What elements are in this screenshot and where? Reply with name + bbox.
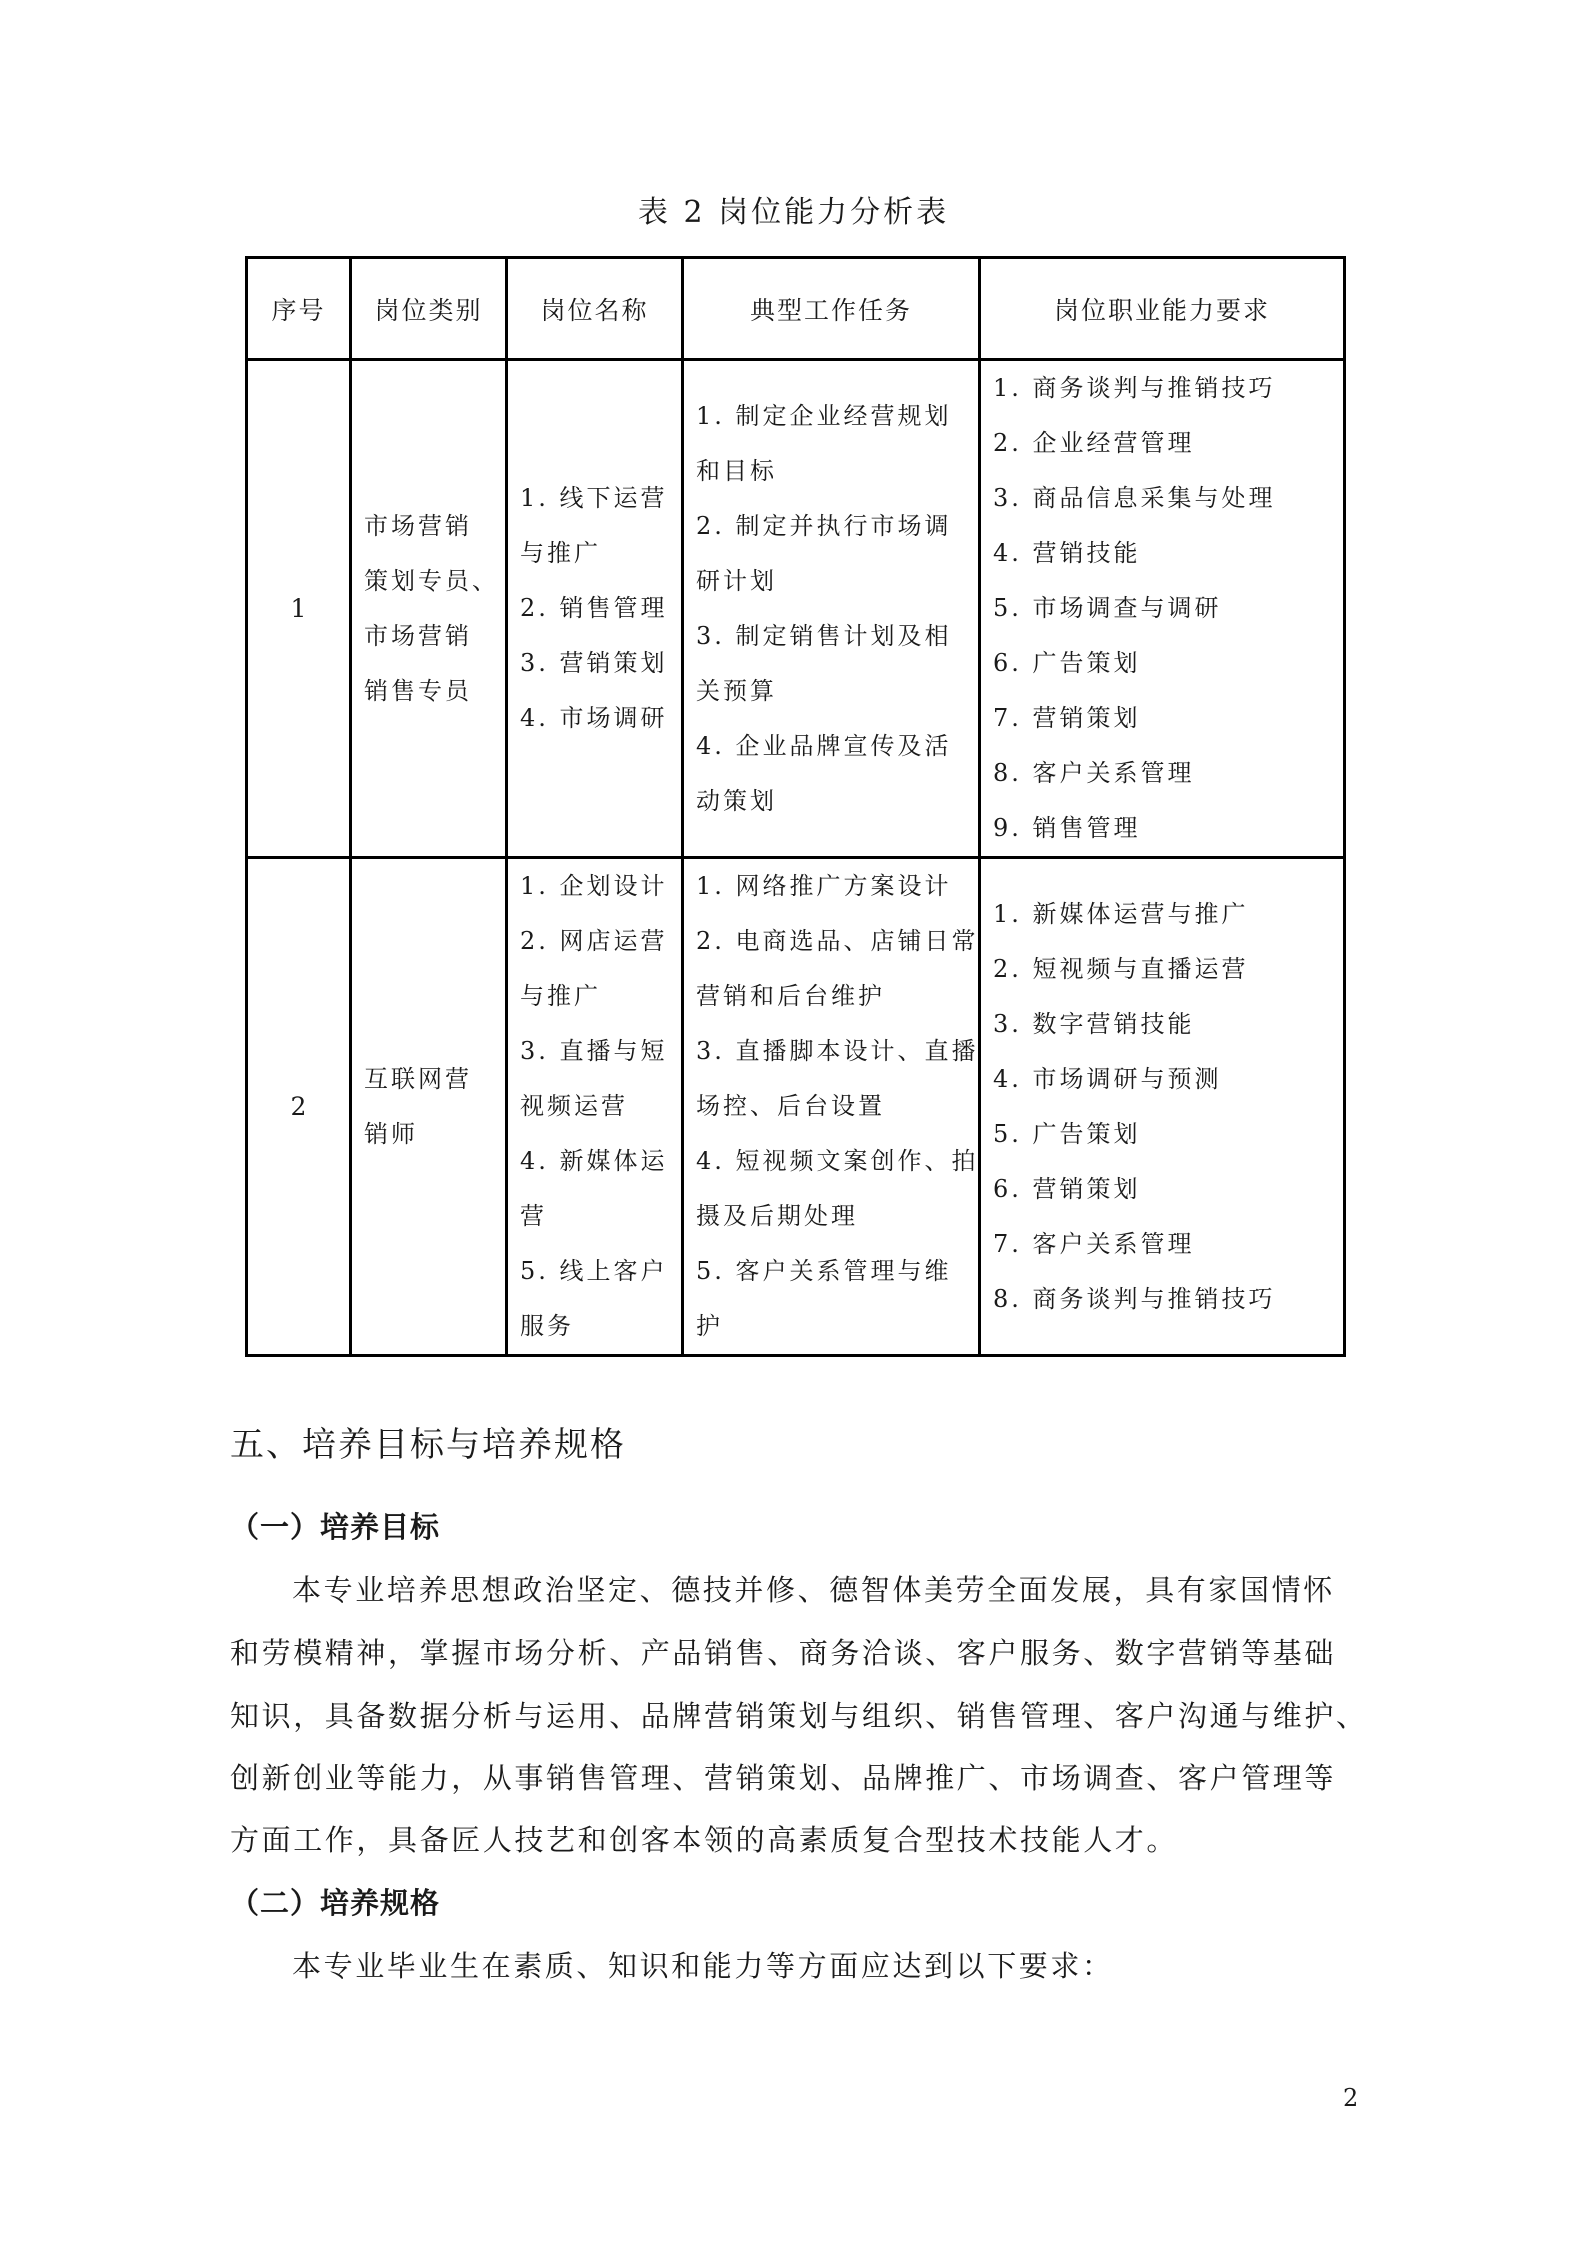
cell-line: 动策划 [696,774,978,829]
header-category: 岗位类别 [351,258,507,360]
cell-line: 2. 销售管理 [520,581,681,636]
header-tasks: 典型工作任务 [683,258,980,360]
cell-abilities: 1. 新媒体运营与推广 2. 短视频与直播运营 3. 数字营销技能 4. 市场调… [980,858,1345,1356]
cell-line: 1. 制定企业经营规划 [696,389,978,444]
cell-line: 与推广 [520,526,681,581]
cell-line: 和目标 [696,444,978,499]
paragraph-line: 创新创业等能力，从事销售管理、营销策划、品牌推广、市场调查、客户管理等 [230,1758,1336,1798]
cell-index: 2 [247,858,351,1356]
cell-line: 5. 线上客户 [520,1244,681,1299]
cell-line: 5. 广告策划 [993,1107,1343,1162]
cell-line: 8. 客户关系管理 [993,746,1343,801]
cell-line: 1. 商务谈判与推销技巧 [993,361,1343,416]
cell-line: 研计划 [696,554,978,609]
header-abilities: 岗位职业能力要求 [980,258,1345,360]
cell-line: 营销和后台维护 [696,969,978,1024]
cell-tasks: 1. 制定企业经营规划 和目标 2. 制定并执行市场调 研计划 3. 制定销售计… [683,360,980,858]
cell-line: 服务 [520,1299,681,1354]
cell-line: 1. 网络推广方案设计 [696,859,978,914]
table-header-row: 序号 岗位类别 岗位名称 典型工作任务 岗位职业能力要求 [247,258,1345,360]
cell-index: 1 [247,360,351,858]
cell-line: 3. 数字营销技能 [993,997,1343,1052]
cell-line: 5. 客户关系管理与维 [696,1244,978,1299]
cell-line: 1. 企划设计 [520,859,681,914]
cell-line: 4. 企业品牌宣传及活 [696,719,978,774]
subsection-heading-specs: （二）培养规格 [230,1883,440,1923]
cell-line: 4. 营销技能 [993,526,1343,581]
cell-line: 4. 市场调研 [520,691,681,746]
cell-line: 市场营销 [364,609,505,664]
cell-line: 视频运营 [520,1079,681,1134]
cell-line: 摄及后期处理 [696,1189,978,1244]
paragraph-line: 方面工作，具备匠人技艺和创客本领的高素质复合型技术技能人才。 [230,1820,1178,1860]
cell-line: 4. 市场调研与预测 [993,1052,1343,1107]
cell-line: 1. 线下运营 [520,471,681,526]
cell-line: 市场营销 [364,499,505,554]
cell-line: 3. 直播与短 [520,1024,681,1079]
cell-line: 4. 新媒体运 [520,1134,681,1189]
page-number: 2 [1343,2083,1358,2113]
cell-category: 互联网营 销师 [351,858,507,1356]
subsection-heading-goals: （一）培养目标 [230,1507,440,1547]
cell-line: 7. 营销策划 [993,691,1343,746]
cell-position: 1. 线下运营 与推广 2. 销售管理 3. 营销策划 4. 市场调研 [507,360,683,858]
paragraph-line: 知识，具备数据分析与运用、品牌营销策划与组织、销售管理、客户沟通与维护、 [230,1696,1368,1736]
cell-line: 场控、后台设置 [696,1079,978,1134]
position-ability-table: 序号 岗位类别 岗位名称 典型工作任务 岗位职业能力要求 1 市场营销 策划专员… [245,256,1346,1357]
cell-line: 2. 企业经营管理 [993,416,1343,471]
header-position: 岗位名称 [507,258,683,360]
cell-position: 1. 企划设计 2. 网店运营 与推广 3. 直播与短 视频运营 4. 新媒体运… [507,858,683,1356]
cell-line: 6. 营销策划 [993,1162,1343,1217]
table-row: 1 市场营销 策划专员、 市场营销 销售专员 1. 线下运营 与推广 2. 销售… [247,360,1345,858]
cell-line: 销售专员 [364,664,505,719]
paragraph-line: 本专业培养思想政治坚定、德技并修、德智体美劳全面发展，具有家国情怀 [292,1570,1335,1610]
cell-line: 营 [520,1189,681,1244]
header-index: 序号 [247,258,351,360]
cell-line: 5. 市场调查与调研 [993,581,1343,636]
paragraph-line: 本专业毕业生在素质、知识和能力等方面应达到以下要求： [292,1946,1114,1986]
cell-line: 2. 网店运营 [520,914,681,969]
table-row: 2 互联网营 销师 1. 企划设计 2. 网店运营 与推广 3. 直播与短 视频… [247,858,1345,1356]
section-heading: 五、培养目标与培养规格 [230,1423,626,1467]
cell-line: 与推广 [520,969,681,1024]
cell-category: 市场营销 策划专员、 市场营销 销售专员 [351,360,507,858]
cell-line: 3. 营销策划 [520,636,681,691]
cell-line: 3. 制定销售计划及相 [696,609,978,664]
cell-line: 7. 客户关系管理 [993,1217,1343,1272]
cell-abilities: 1. 商务谈判与推销技巧 2. 企业经营管理 3. 商品信息采集与处理 4. 营… [980,360,1345,858]
cell-line: 1. 新媒体运营与推广 [993,887,1343,942]
cell-line: 3. 商品信息采集与处理 [993,471,1343,526]
cell-line: 2. 制定并执行市场调 [696,499,978,554]
cell-line: 3. 直播脚本设计、直播 [696,1024,978,1079]
table-caption: 表 2 岗位能力分析表 [0,192,1587,234]
cell-line: 2. 短视频与直播运营 [993,942,1343,997]
cell-line: 6. 广告策划 [993,636,1343,691]
cell-line: 4. 短视频文案创作、拍 [696,1134,978,1189]
cell-line: 2. 电商选品、店铺日常 [696,914,978,969]
cell-line: 9. 销售管理 [993,801,1343,856]
cell-tasks: 1. 网络推广方案设计 2. 电商选品、店铺日常 营销和后台维护 3. 直播脚本… [683,858,980,1356]
cell-line: 护 [696,1299,978,1354]
paragraph-line: 和劳模精神，掌握市场分析、产品销售、商务洽谈、客户服务、数字营销等基础 [230,1633,1336,1673]
cell-line: 互联网营 [364,1052,505,1107]
cell-line: 关预算 [696,664,978,719]
cell-line: 8. 商务谈判与推销技巧 [993,1272,1343,1327]
cell-line: 销师 [364,1107,505,1162]
cell-line: 策划专员、 [364,554,505,609]
